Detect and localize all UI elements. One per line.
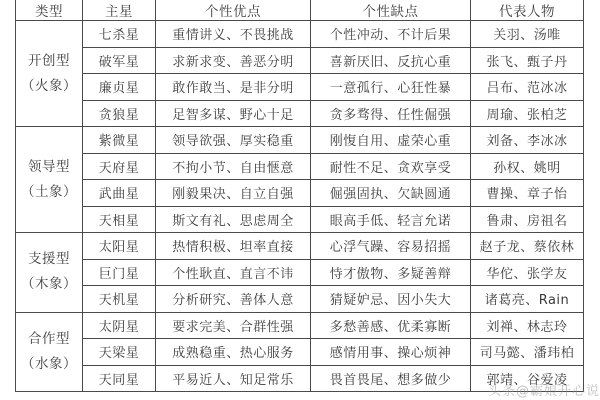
type-cell-cooperation: 合作型 （水象） xyxy=(16,312,83,392)
pros-cell: 成熟稳重、热心服务 xyxy=(156,339,311,366)
cons-cell: 恃才傲物、多疑善辩 xyxy=(311,259,471,286)
star-personality-table-container: 类型 主星 个性优点 个性缺点 代表人物 开创型 （火象） 七杀星 重情讲义、不… xyxy=(15,0,584,392)
figures-cell: 刘备、李冰冰 xyxy=(471,127,584,154)
star-cell: 天相星 xyxy=(83,206,156,233)
figures-cell: 周瑜、张柏芝 xyxy=(471,100,584,127)
star-cell: 太阳星 xyxy=(83,233,156,260)
header-representatives: 代表人物 xyxy=(471,0,584,21)
cons-cell: 喜新厌旧、反抗心重 xyxy=(311,47,471,74)
type-name: 领导型 xyxy=(16,155,82,180)
pros-cell: 热情积极、坦率直接 xyxy=(156,233,311,260)
cons-cell: 个性冲动、不计后果 xyxy=(311,21,471,48)
pros-cell: 领导欲强、厚实稳重 xyxy=(156,127,311,154)
figures-cell: 孙权、姚明 xyxy=(471,153,584,180)
pros-cell: 敢作敢当、是非分明 xyxy=(156,74,311,101)
table-row: 天相星 斯文有礼、思虑周全 眼高手低、轻言允诺 鲁肃、房祖名 xyxy=(16,206,584,233)
figures-cell: 诸葛亮、Rain xyxy=(471,286,584,313)
header-type: 类型 xyxy=(16,0,83,21)
header-weaknesses: 个性缺点 xyxy=(311,0,471,21)
pros-cell: 个性耿直、直言不讳 xyxy=(156,259,311,286)
figures-cell: 华佗、张学友 xyxy=(471,259,584,286)
pros-cell: 斯文有礼、思虑周全 xyxy=(156,206,311,233)
figures-cell: 曹操、章子怡 xyxy=(471,180,584,207)
cons-cell: 一意孤行、心狂性暴 xyxy=(311,74,471,101)
table-row: 天机星 分析研究、善体人意 猜疑妒忌、因小失大 诸葛亮、Rain xyxy=(16,286,584,313)
type-name: 合作型 xyxy=(16,327,82,352)
table-row: 武曲星 刚毅果决、自立自强 倔强固执、欠缺圆通 曹操、章子怡 xyxy=(16,180,584,207)
type-cell-pioneer: 开创型 （火象） xyxy=(16,21,83,127)
star-cell: 天梁星 xyxy=(83,339,156,366)
type-name: 开创型 xyxy=(16,49,82,74)
type-element: （木象） xyxy=(16,272,82,297)
type-name: 支援型 xyxy=(16,247,82,272)
header-main-star: 主星 xyxy=(83,0,156,21)
star-cell: 贪狼星 xyxy=(83,100,156,127)
table-row: 开创型 （火象） 七杀星 重情讲义、不畏挑战 个性冲动、不计后果 关羽、汤唯 xyxy=(16,21,584,48)
pros-cell: 平易近人、知足常乐 xyxy=(156,365,311,392)
cons-cell: 畏首畏尾、想多做少 xyxy=(311,365,471,392)
table-row: 天梁星 成熟稳重、热心服务 感情用事、操心烦神 司马懿、潘玮柏 xyxy=(16,339,584,366)
figures-cell: 司马懿、潘玮柏 xyxy=(471,339,584,366)
table-row: 领导型 （土象） 紫微星 领导欲强、厚实稳重 刚愎自用、虚荣心重 刘备、李冰冰 xyxy=(16,127,584,154)
figures-cell: 赵子龙、蔡依林 xyxy=(471,233,584,260)
cons-cell: 耐性不足、贪欢享受 xyxy=(311,153,471,180)
figures-cell: 张飞、甄子丹 xyxy=(471,47,584,74)
type-element: （水象） xyxy=(16,352,82,377)
table-row: 贪狼星 足智多谋、野心十足 贪多骛得、任性倔强 周瑜、张柏芝 xyxy=(16,100,584,127)
cons-cell: 猜疑妒忌、因小失大 xyxy=(311,286,471,313)
table-row: 破军星 求新求变、善恶分明 喜新厌旧、反抗心重 张飞、甄子丹 xyxy=(16,47,584,74)
star-cell: 武曲星 xyxy=(83,180,156,207)
star-cell: 巨门星 xyxy=(83,259,156,286)
figures-cell: 鲁肃、房祖名 xyxy=(471,206,584,233)
pros-cell: 足智多谋、野心十足 xyxy=(156,100,311,127)
table-row: 廉贞星 敢作敢当、是非分明 一意孤行、心狂性暴 吕布、范冰冰 xyxy=(16,74,584,101)
right-margin xyxy=(584,0,600,400)
star-cell: 廉贞星 xyxy=(83,74,156,101)
figures-cell: 关羽、汤唯 xyxy=(471,21,584,48)
star-personality-table: 类型 主星 个性优点 个性缺点 代表人物 开创型 （火象） 七杀星 重情讲义、不… xyxy=(15,0,584,392)
pros-cell: 不拘小节、自由惬意 xyxy=(156,153,311,180)
cons-cell: 感情用事、操心烦神 xyxy=(311,339,471,366)
pros-cell: 重情讲义、不畏挑战 xyxy=(156,21,311,48)
pros-cell: 刚毅果决、自立自强 xyxy=(156,180,311,207)
pros-cell: 要求完美、合群性强 xyxy=(156,312,311,339)
figures-cell: 刘禅、林志玲 xyxy=(471,312,584,339)
star-cell: 天机星 xyxy=(83,286,156,313)
table-header-row: 类型 主星 个性优点 个性缺点 代表人物 xyxy=(16,0,584,21)
cons-cell: 心浮气躁、容易招摇 xyxy=(311,233,471,260)
star-cell: 天同星 xyxy=(83,365,156,392)
table-row: 天同星 平易近人、知足常乐 畏首畏尾、想多做少 郭靖、谷爱凌 xyxy=(16,365,584,392)
figures-cell: 郭靖、谷爱凌 xyxy=(471,365,584,392)
cons-cell: 刚愎自用、虚荣心重 xyxy=(311,127,471,154)
star-cell: 紫微星 xyxy=(83,127,156,154)
cons-cell: 倔强固执、欠缺圆通 xyxy=(311,180,471,207)
pros-cell: 分析研究、善体人意 xyxy=(156,286,311,313)
type-cell-support: 支援型 （木象） xyxy=(16,233,83,313)
type-element: （火象） xyxy=(16,74,82,99)
figures-cell: 吕布、范冰冰 xyxy=(471,74,584,101)
type-cell-leader: 领导型 （土象） xyxy=(16,127,83,233)
cons-cell: 多愁善感、优柔寡断 xyxy=(311,312,471,339)
cons-cell: 贪多骛得、任性倔强 xyxy=(311,100,471,127)
table-row: 合作型 （水象） 太阴星 要求完美、合群性强 多愁善感、优柔寡断 刘禅、林志玲 xyxy=(16,312,584,339)
star-cell: 破军星 xyxy=(83,47,156,74)
cons-cell: 眼高手低、轻言允诺 xyxy=(311,206,471,233)
star-cell: 七杀星 xyxy=(83,21,156,48)
pros-cell: 求新求变、善恶分明 xyxy=(156,47,311,74)
header-strengths: 个性优点 xyxy=(156,0,311,21)
star-cell: 天府星 xyxy=(83,153,156,180)
table-row: 支援型 （木象） 太阳星 热情积极、坦率直接 心浮气躁、容易招摇 赵子龙、蔡依林 xyxy=(16,233,584,260)
table-row: 巨门星 个性耿直、直言不讳 恃才傲物、多疑善辩 华佗、张学友 xyxy=(16,259,584,286)
star-cell: 太阴星 xyxy=(83,312,156,339)
type-element: （土象） xyxy=(16,180,82,205)
table-row: 天府星 不拘小节、自由惬意 耐性不足、贪欢享受 孙权、姚明 xyxy=(16,153,584,180)
